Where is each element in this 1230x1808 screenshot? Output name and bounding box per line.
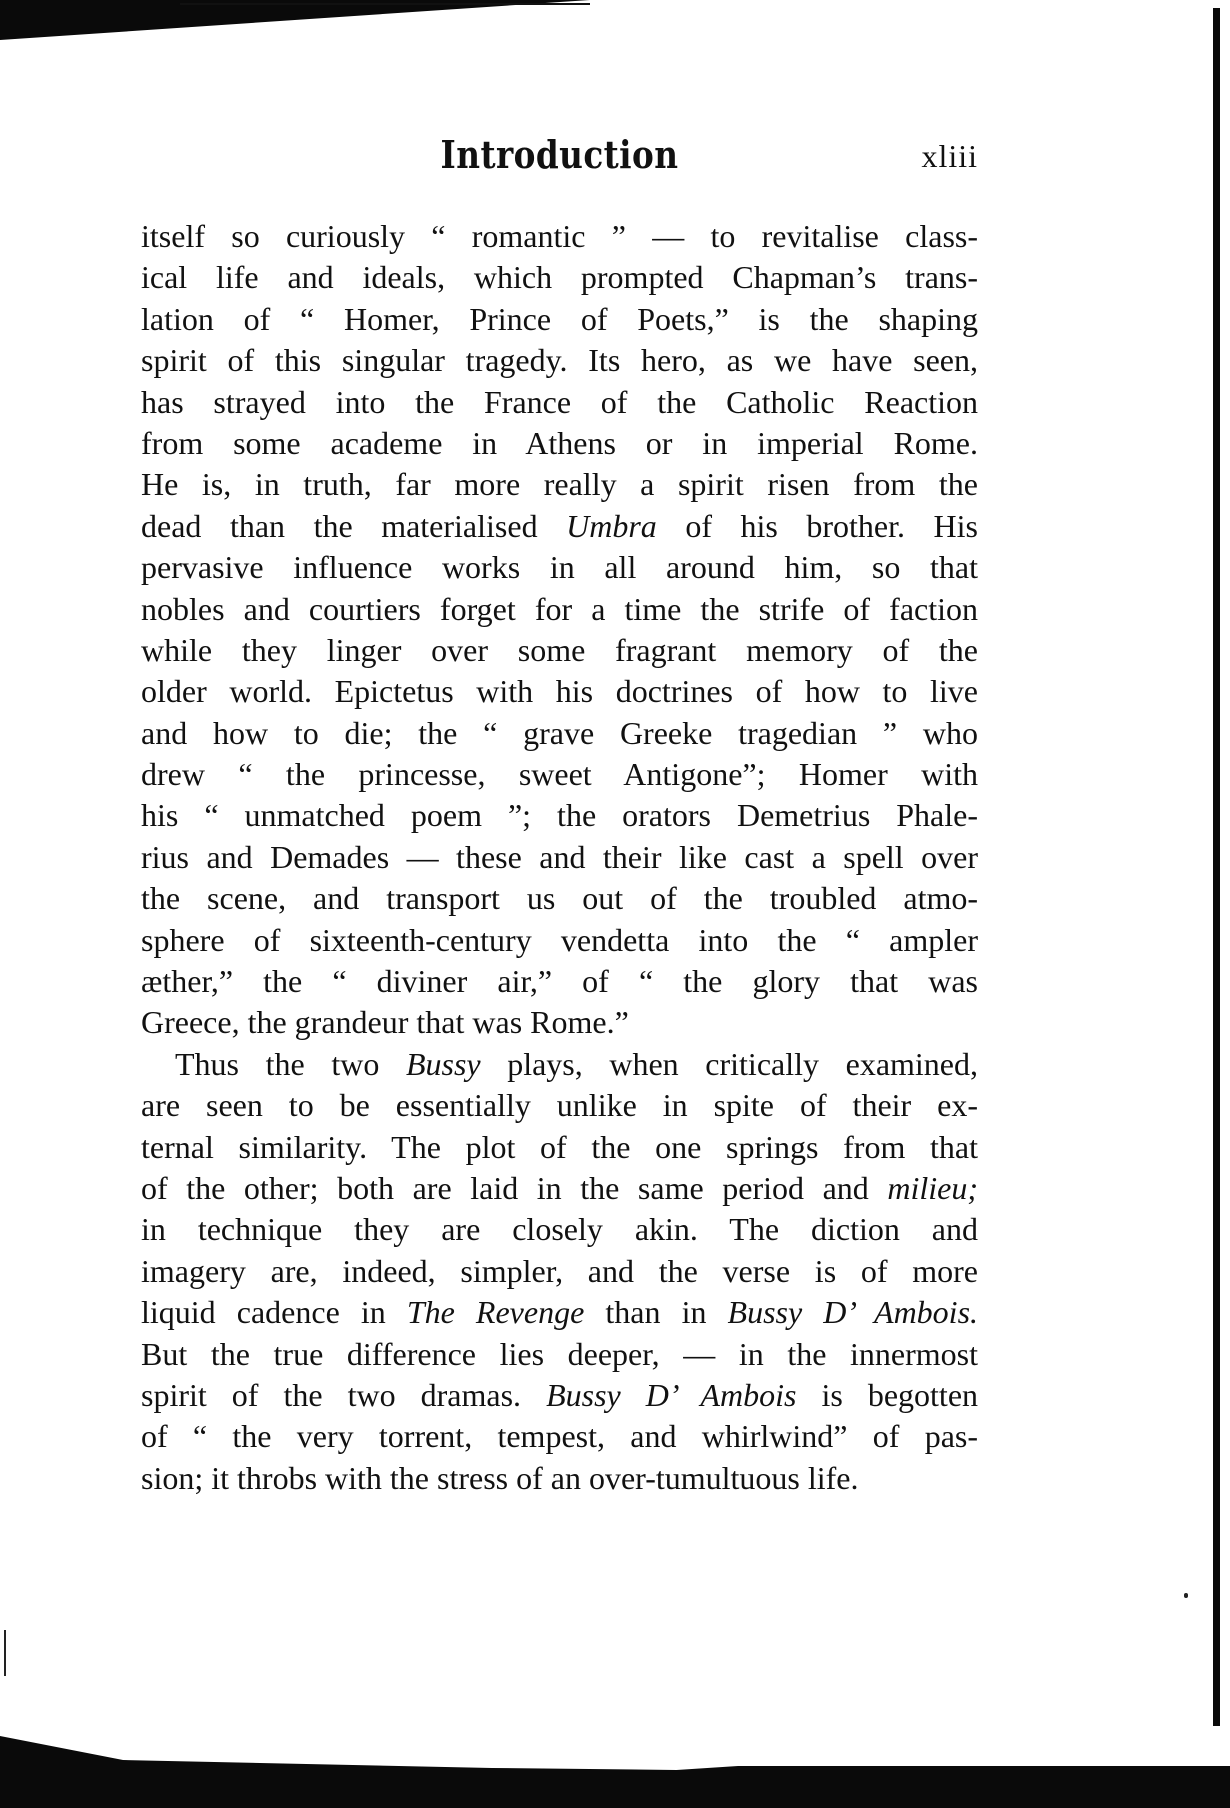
text-line: are seen to be essentially unlike in spi… [141,1085,978,1126]
page-title: Introduction [200,132,920,177]
text-line: and how to die; the “ grave Greeke trage… [141,713,978,754]
text-line: spirit of the two dramas. Bussy D’ Amboi… [141,1375,978,1416]
text-line: Greece, the grandeur that was Rome.” [141,1002,978,1043]
text-line: sphere of sixteenth-century vendetta int… [141,920,978,961]
text-line: in technique they are closely akin. The … [141,1209,978,1250]
text-line: rius and Demades — these and their like … [141,837,978,878]
text-line: But the true difference lies deeper, — i… [141,1334,978,1375]
text-line: Thus the two Bussy plays, when criticall… [141,1044,978,1085]
scan-shadow-top [0,0,590,40]
text-line: has strayed into the France of the Catho… [141,382,978,423]
text-line: the scene, and transport us out of the t… [141,878,978,919]
text-line: of the other; both are laid in the same … [141,1168,978,1209]
text-line: itself so curiously “ romantic ” — to re… [141,216,978,257]
running-head: Introduction xliii [141,128,978,188]
scan-mark-left [4,1630,6,1676]
text-line: imagery are, indeed, simpler, and the ve… [141,1251,978,1292]
italic-title: The Revenge [407,1294,584,1330]
text-line: of “ the very torrent, tempest, and whir… [141,1416,978,1457]
italic-title: Bussy D’ Ambois [546,1377,796,1413]
text-line: ical life and ideals, which prompted Cha… [141,257,978,298]
text-line: lation of “ Homer, Prince of Poets,” is … [141,299,978,340]
text-line: while they linger over some fragrant mem… [141,630,978,671]
scan-edge-right [1213,8,1220,1726]
text-line: drew “ the princesse, sweet Antigone”; H… [141,754,978,795]
italic-title: Bussy [406,1046,481,1082]
italic-title: milieu; [887,1170,978,1206]
text-line: He is, in truth, far more really a spiri… [141,464,978,505]
text-line: nobles and courtiers forget for a time t… [141,589,978,630]
text-line: æther,” the “ diviner air,” of “ the glo… [141,961,978,1002]
page-number: xliii [921,138,978,175]
text-line: from some academe in Athens or in imperi… [141,423,978,464]
body-text: itself so curiously “ romantic ” — to re… [141,216,978,1499]
text-line: his “ unmatched poem ”; the orators Deme… [141,795,978,836]
text-line: sion; it throbs with the stress of an ov… [141,1458,978,1499]
italic-title: Bussy D’ Ambois. [728,1294,978,1330]
text-line: ternal similarity. The plot of the one s… [141,1127,978,1168]
text-line: pervasive influence works in all around … [141,547,978,588]
scan-edge-top [180,3,590,5]
text-line: liquid cadence in The Revenge than in Bu… [141,1292,978,1333]
scan-shadow-bottom [0,1722,1230,1808]
text-line: spirit of this singular tragedy. Its her… [141,340,978,381]
text-line: dead than the materialised Umbra of his … [141,506,978,547]
scan-speck [1184,1593,1188,1598]
text-line: older world. Epictetus with his doctrine… [141,671,978,712]
italic-title: Umbra [566,508,657,544]
